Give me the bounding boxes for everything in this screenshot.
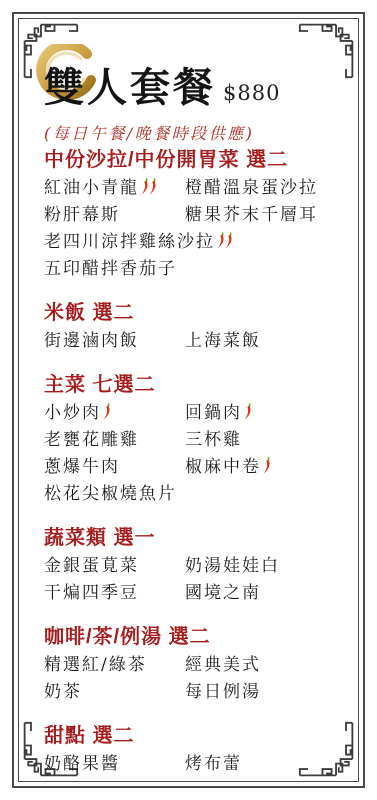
menu-item: 每日例湯 (185, 679, 351, 706)
dish-name: 椒麻中卷 (185, 457, 261, 477)
menu-item: 橙醋溫泉蛋沙拉 (185, 175, 351, 202)
menu-row: 奶酪果醬烤布蕾 (44, 751, 351, 778)
menu-item: 三杯雞 (185, 427, 351, 454)
menu-item: 奶湯娃娃白 (185, 553, 351, 580)
menu-row: 紅油小青龍橙醋溫泉蛋沙拉 (44, 175, 351, 202)
dish-name: 經典美式 (185, 655, 261, 675)
dish-name: 三杯雞 (185, 430, 242, 450)
menu-item: 奶酪果醬 (44, 751, 185, 778)
dish-name: 精選紅/綠茶 (44, 655, 147, 675)
menu-row: 街邊滷肉飯上海菜飯 (44, 328, 351, 355)
menu-item: 干煸四季豆 (44, 580, 185, 607)
menu-section: 中份沙拉/中份開胃菜 選二紅油小青龍橙醋溫泉蛋沙拉粉肝幕斯糖果芥末千層耳老四川涼… (44, 148, 351, 283)
menu-section: 主菜 七選二小炒肉回鍋肉老甕花雕雞三杯雞蔥爆牛肉椒麻中卷松花尖椒燒魚片 (44, 373, 351, 508)
menu-row: 五印醋拌香茄子 (44, 256, 351, 283)
menu-section: 米飯 選二街邊滷肉飯上海菜飯 (44, 301, 351, 355)
dish-name: 國境之南 (185, 583, 261, 603)
section-heading: 蔬菜類 選一 (44, 526, 351, 550)
page-title: 雙人套餐 (44, 68, 216, 108)
dish-name: 街邊滷肉飯 (44, 331, 139, 351)
chili-icon (148, 178, 159, 196)
chili-icon (102, 403, 113, 421)
menu-item: 五印醋拌香茄子 (44, 256, 185, 283)
menu-item: 精選紅/綠茶 (44, 652, 185, 679)
dish-name: 粉肝幕斯 (44, 205, 120, 225)
dish-name: 每日例湯 (185, 682, 261, 702)
menu-sections: 中份沙拉/中份開胃菜 選二紅油小青龍橙醋溫泉蛋沙拉粉肝幕斯糖果芥末千層耳老四川涼… (44, 148, 351, 778)
menu-card: 雙人套餐 $880 (每日午餐/晚餐時段供應) 中份沙拉/中份開胃菜 選二紅油小… (44, 50, 351, 778)
menu-item: 奶茶 (44, 679, 185, 706)
section-heading: 米飯 選二 (44, 301, 351, 325)
dish-name: 糖果芥末千層耳 (185, 205, 318, 225)
menu-item: 蔥爆牛肉 (44, 454, 185, 481)
menu-row: 蔥爆牛肉椒麻中卷 (44, 454, 351, 481)
dish-name: 老甕花雕雞 (44, 430, 139, 450)
menu-row: 奶茶每日例湯 (44, 679, 351, 706)
menu-item: 椒麻中卷 (185, 454, 351, 481)
menu-page: { "header": { "title": "雙人套餐", "price": … (0, 0, 377, 800)
chili-icon (262, 457, 273, 475)
menu-item: 松花尖椒燒魚片 (44, 481, 185, 508)
menu-row: 松花尖椒燒魚片 (44, 481, 351, 508)
section-heading: 甜點 選二 (44, 724, 351, 748)
menu-row: 老四川涼拌雞絲沙拉 (44, 229, 351, 256)
dish-name: 烤布蕾 (185, 754, 242, 774)
menu-item: 國境之南 (185, 580, 351, 607)
dish-name: 五印醋拌香茄子 (44, 259, 177, 279)
dish-name: 老四川涼拌雞絲沙拉 (44, 232, 215, 252)
menu-item: 烤布蕾 (185, 751, 351, 778)
menu-item: 老甕花雕雞 (44, 427, 185, 454)
dish-name: 松花尖椒燒魚片 (44, 484, 177, 504)
menu-section: 蔬菜類 選一金銀蛋莧菜奶湯娃娃白干煸四季豆國境之南 (44, 526, 351, 607)
menu-row: 精選紅/綠茶經典美式 (44, 652, 351, 679)
dish-name: 奶酪果醬 (44, 754, 120, 774)
menu-item: 回鍋肉 (185, 400, 351, 427)
menu-item: 糖果芥末千層耳 (185, 202, 351, 229)
section-heading: 主菜 七選二 (44, 373, 351, 397)
availability-note: (每日午餐/晚餐時段供應) (44, 121, 351, 144)
menu-item: 老四川涼拌雞絲沙拉 (44, 229, 185, 256)
dish-name: 奶湯娃娃白 (185, 556, 280, 576)
menu-row: 粉肝幕斯糖果芥末千層耳 (44, 202, 351, 229)
dish-name: 上海菜飯 (185, 331, 261, 351)
menu-item: 上海菜飯 (185, 328, 351, 355)
menu-item: 紅油小青龍 (44, 175, 185, 202)
menu-item: 粉肝幕斯 (44, 202, 185, 229)
section-heading: 咖啡/茶/例湯 選二 (44, 625, 351, 649)
dish-name: 金銀蛋莧菜 (44, 556, 139, 576)
dish-name: 回鍋肉 (185, 403, 242, 423)
menu-item: 經典美式 (185, 652, 351, 679)
menu-row: 小炒肉回鍋肉 (44, 400, 351, 427)
chili-icon (243, 403, 254, 421)
dish-name: 蔥爆牛肉 (44, 457, 120, 477)
section-heading: 中份沙拉/中份開胃菜 選二 (44, 148, 351, 172)
dish-name: 奶茶 (44, 682, 82, 702)
dish-name: 橙醋溫泉蛋沙拉 (185, 178, 318, 198)
menu-row: 干煸四季豆國境之南 (44, 580, 351, 607)
menu-item: 小炒肉 (44, 400, 185, 427)
menu-section: 甜點 選二奶酪果醬烤布蕾 (44, 724, 351, 778)
menu-item: 街邊滷肉飯 (44, 328, 185, 355)
menu-row: 老甕花雕雞三杯雞 (44, 427, 351, 454)
dish-name: 紅油小青龍 (44, 178, 139, 198)
menu-section: 咖啡/茶/例湯 選二精選紅/綠茶經典美式奶茶每日例湯 (44, 625, 351, 706)
title-row: 雙人套餐 $880 (44, 50, 351, 108)
price-label: $880 (223, 81, 280, 108)
chili-icon (224, 232, 235, 250)
menu-item: 金銀蛋莧菜 (44, 553, 185, 580)
dish-name: 干煸四季豆 (44, 583, 139, 603)
menu-row: 金銀蛋莧菜奶湯娃娃白 (44, 553, 351, 580)
dish-name: 小炒肉 (44, 403, 101, 423)
